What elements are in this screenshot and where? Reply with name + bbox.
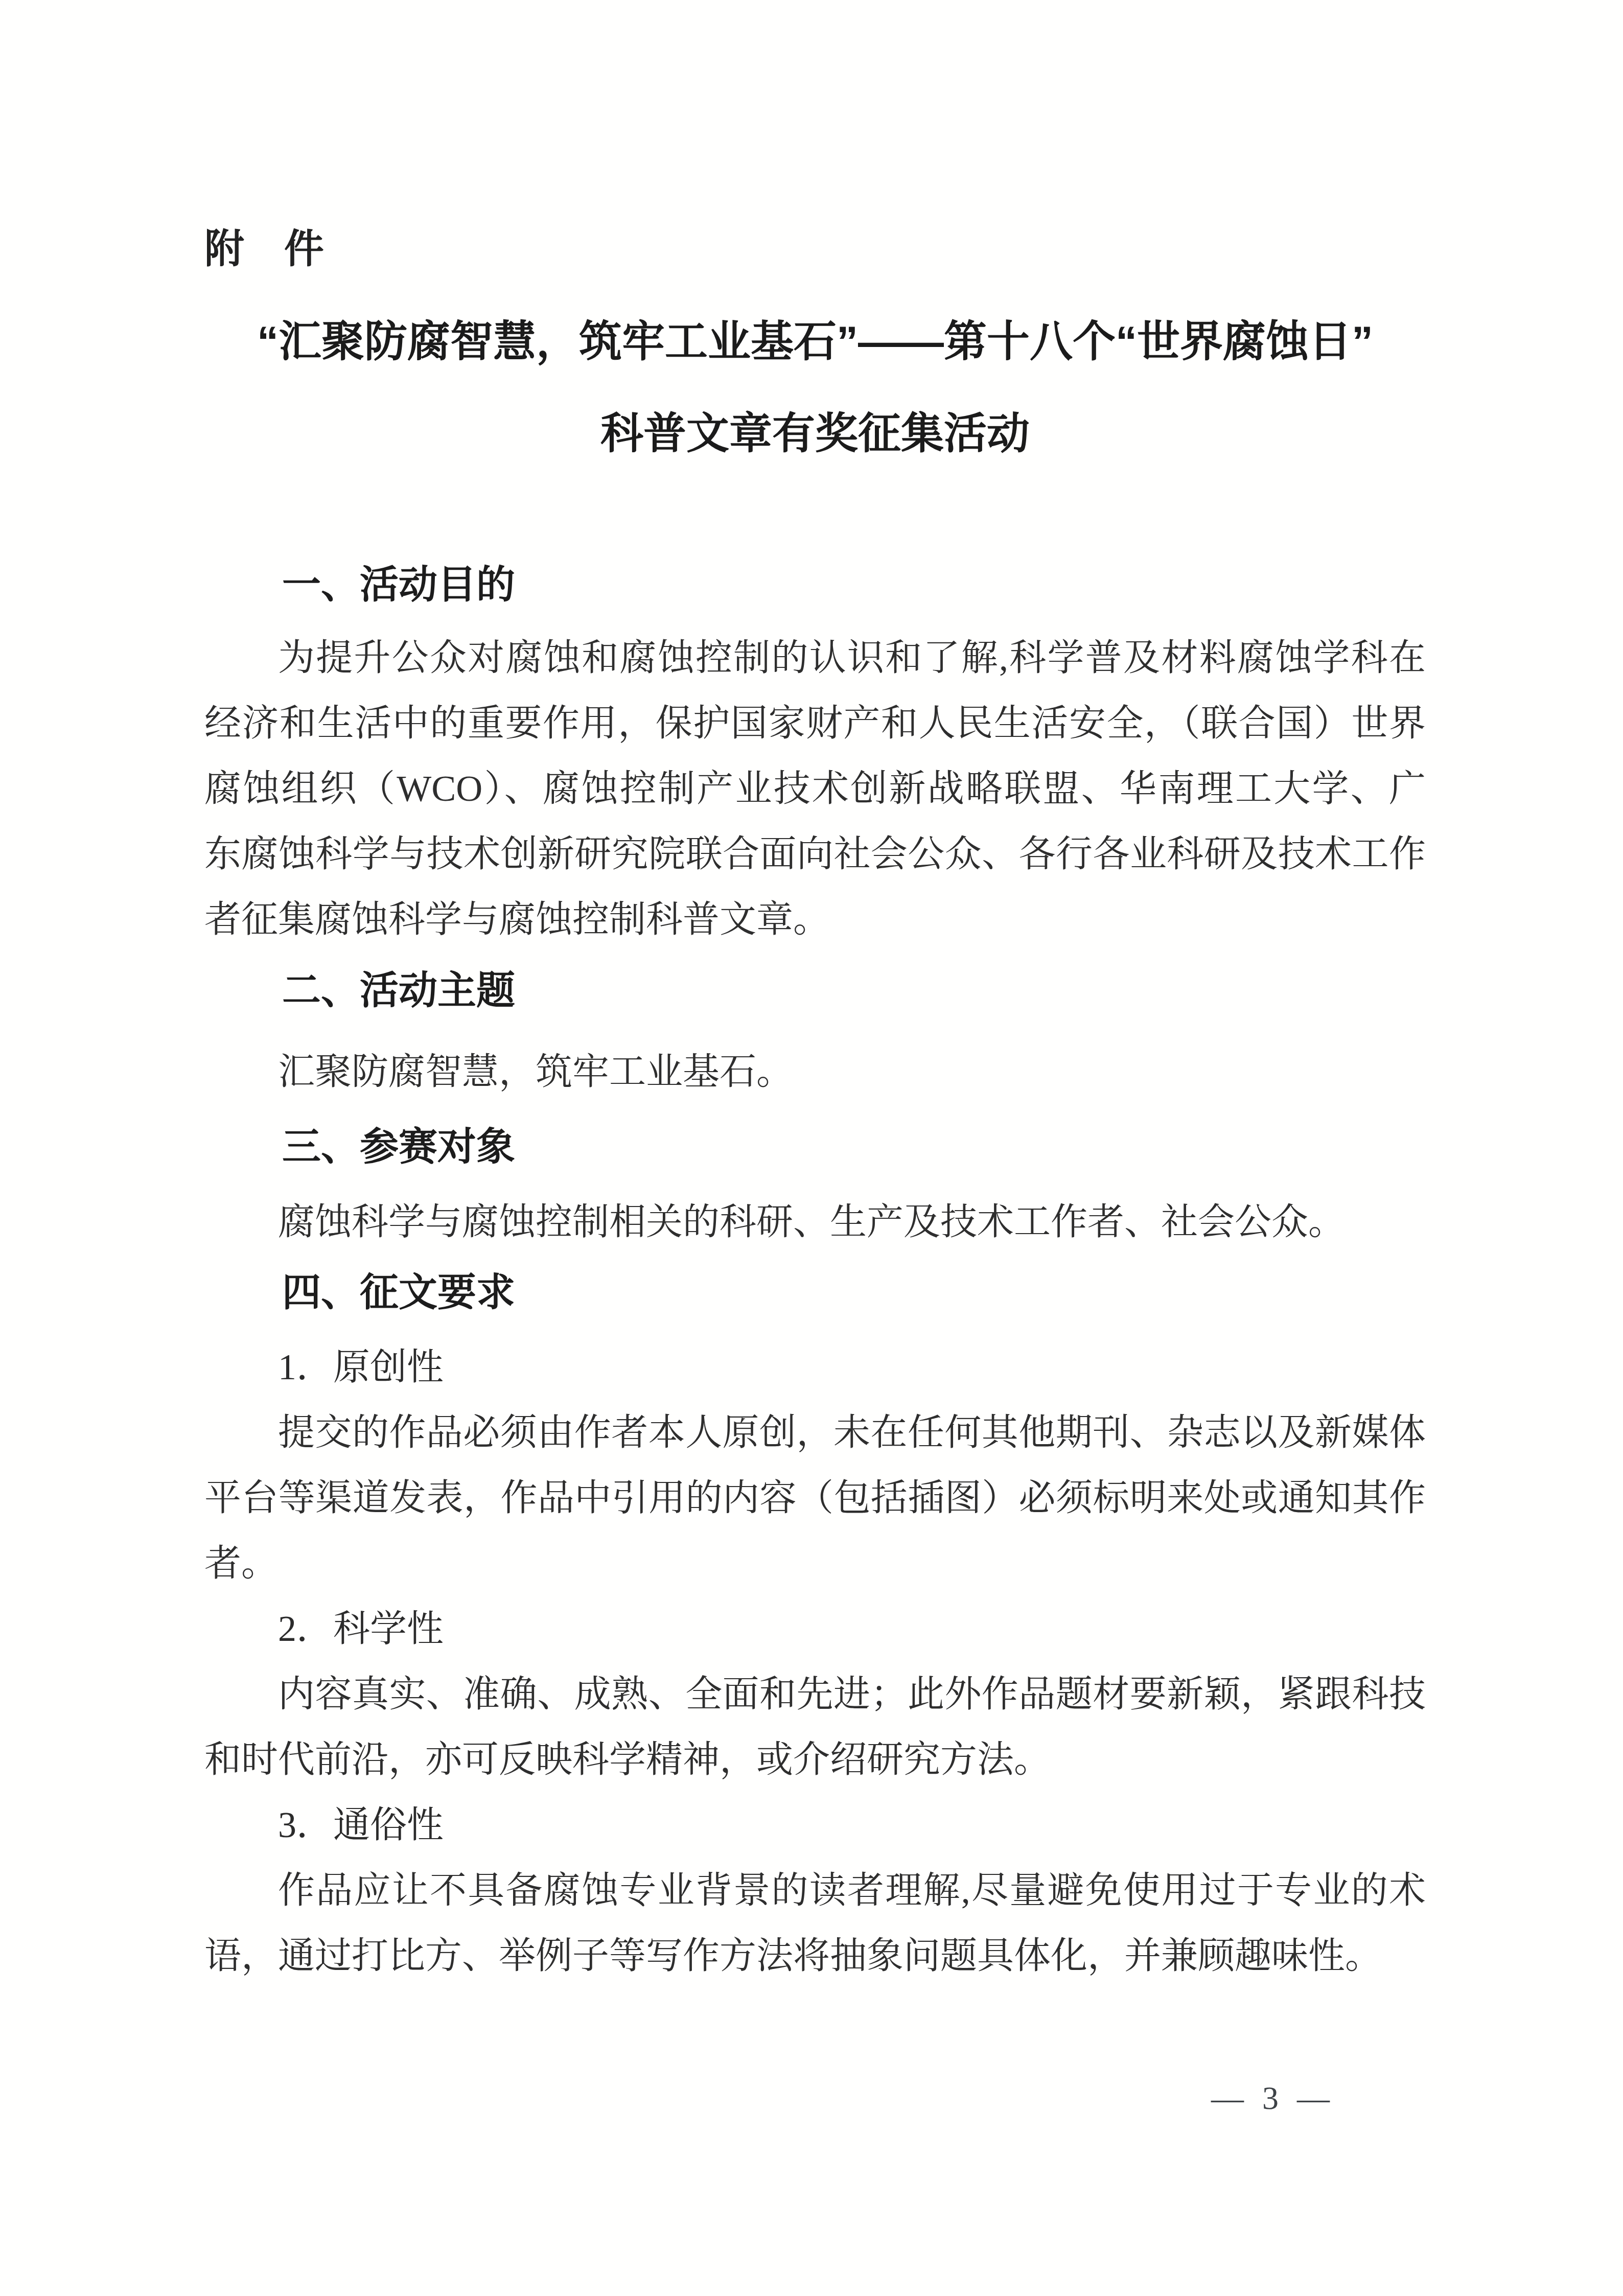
paragraph-scientificity: 内容真实、准确、成熟、全面和先进；此外作品题材要新颖，紧跟科技 和时代前沿，亦可… <box>204 1661 1426 1792</box>
paragraph-participants: 腐蚀科学与腐蚀控制相关的科研、生产及技术工作者、社会公众。 <box>204 1189 1426 1255</box>
paragraph-line: 内容真实、准确、成熟、全面和先进；此外作品题材要新颖，紧跟科技 <box>204 1661 1426 1727</box>
section-heading-activity-theme: 二、活动主题 <box>204 965 1426 1016</box>
paragraph-line: 者。 <box>204 1530 1426 1596</box>
section-heading-participants: 三、参赛对象 <box>204 1122 1426 1173</box>
subsection-label-popularity: 3．通俗性 <box>204 1792 1426 1858</box>
paragraph-line: 东腐蚀科学与技术创新研究院联合面向社会公众、各行各业科研及技术工作 <box>204 821 1426 887</box>
section-heading-essay-requirements: 四、征文要求 <box>204 1267 1426 1318</box>
document-title-line-1: “汇聚防腐智慧，筑牢工业基石”——第十八个“世界腐蚀日” <box>204 313 1426 369</box>
page-number: — 3 — <box>1211 2073 1335 2124</box>
paragraph-line: 为提升公众对腐蚀和腐蚀控制的认识和了解,科学普及材料腐蚀学科在 <box>204 625 1426 690</box>
paragraph-originality: 提交的作品必须由作者本人原创，未在任何其他期刊、杂志以及新媒体 平台等渠道发表，… <box>204 1400 1426 1596</box>
paragraph-line: 者征集腐蚀科学与腐蚀控制科普文章。 <box>204 887 1426 952</box>
document-page: 附 件 “汇聚防腐智慧，筑牢工业基石”——第十八个“世界腐蚀日” 科普文章有奖征… <box>0 0 1623 2296</box>
document-title-line-2: 科普文章有奖征集活动 <box>204 405 1426 461</box>
attachment-label: 附 件 <box>204 225 1426 273</box>
subsection-label-originality: 1．原创性 <box>204 1334 1426 1400</box>
paragraph-popularity: 作品应让不具备腐蚀专业背景的读者理解,尽量避免使用过于专业的术 语，通过打比方、… <box>204 1858 1426 1988</box>
paragraph-line: 作品应让不具备腐蚀专业背景的读者理解,尽量避免使用过于专业的术 <box>204 1858 1426 1923</box>
paragraph-line: 语，通过打比方、举例子等写作方法将抽象问题具体化，并兼顾趣味性。 <box>204 1923 1426 1988</box>
paragraph-line: 腐蚀组织（WCO）、腐蚀控制产业技术创新战略联盟、华南理工大学、广 <box>204 756 1426 821</box>
paragraph-line: 腐蚀科学与腐蚀控制相关的科研、生产及技术工作者、社会公众。 <box>204 1189 1426 1255</box>
subsection-label-scientificity: 2．科学性 <box>204 1596 1426 1661</box>
paragraph-activity-theme: 汇聚防腐智慧，筑牢工业基石。 <box>204 1039 1426 1104</box>
document-content: 附 件 “汇聚防腐智慧，筑牢工业基石”——第十八个“世界腐蚀日” 科普文章有奖征… <box>204 225 1426 1988</box>
section-heading-activity-purpose: 一、活动目的 <box>204 560 1426 611</box>
paragraph-line: 平台等渠道发表，作品中引用的内容（包括插图）必须标明来处或通知其作 <box>204 1465 1426 1530</box>
paragraph-activity-purpose: 为提升公众对腐蚀和腐蚀控制的认识和了解,科学普及材料腐蚀学科在 经济和生活中的重… <box>204 625 1426 952</box>
paragraph-line: 提交的作品必须由作者本人原创，未在任何其他期刊、杂志以及新媒体 <box>204 1400 1426 1465</box>
paragraph-line: 汇聚防腐智慧，筑牢工业基石。 <box>204 1039 1426 1104</box>
paragraph-line: 经济和生活中的重要作用，保护国家财产和人民生活安全，（联合国）世界 <box>204 690 1426 756</box>
paragraph-line: 和时代前沿，亦可反映科学精神，或介绍研究方法。 <box>204 1727 1426 1792</box>
